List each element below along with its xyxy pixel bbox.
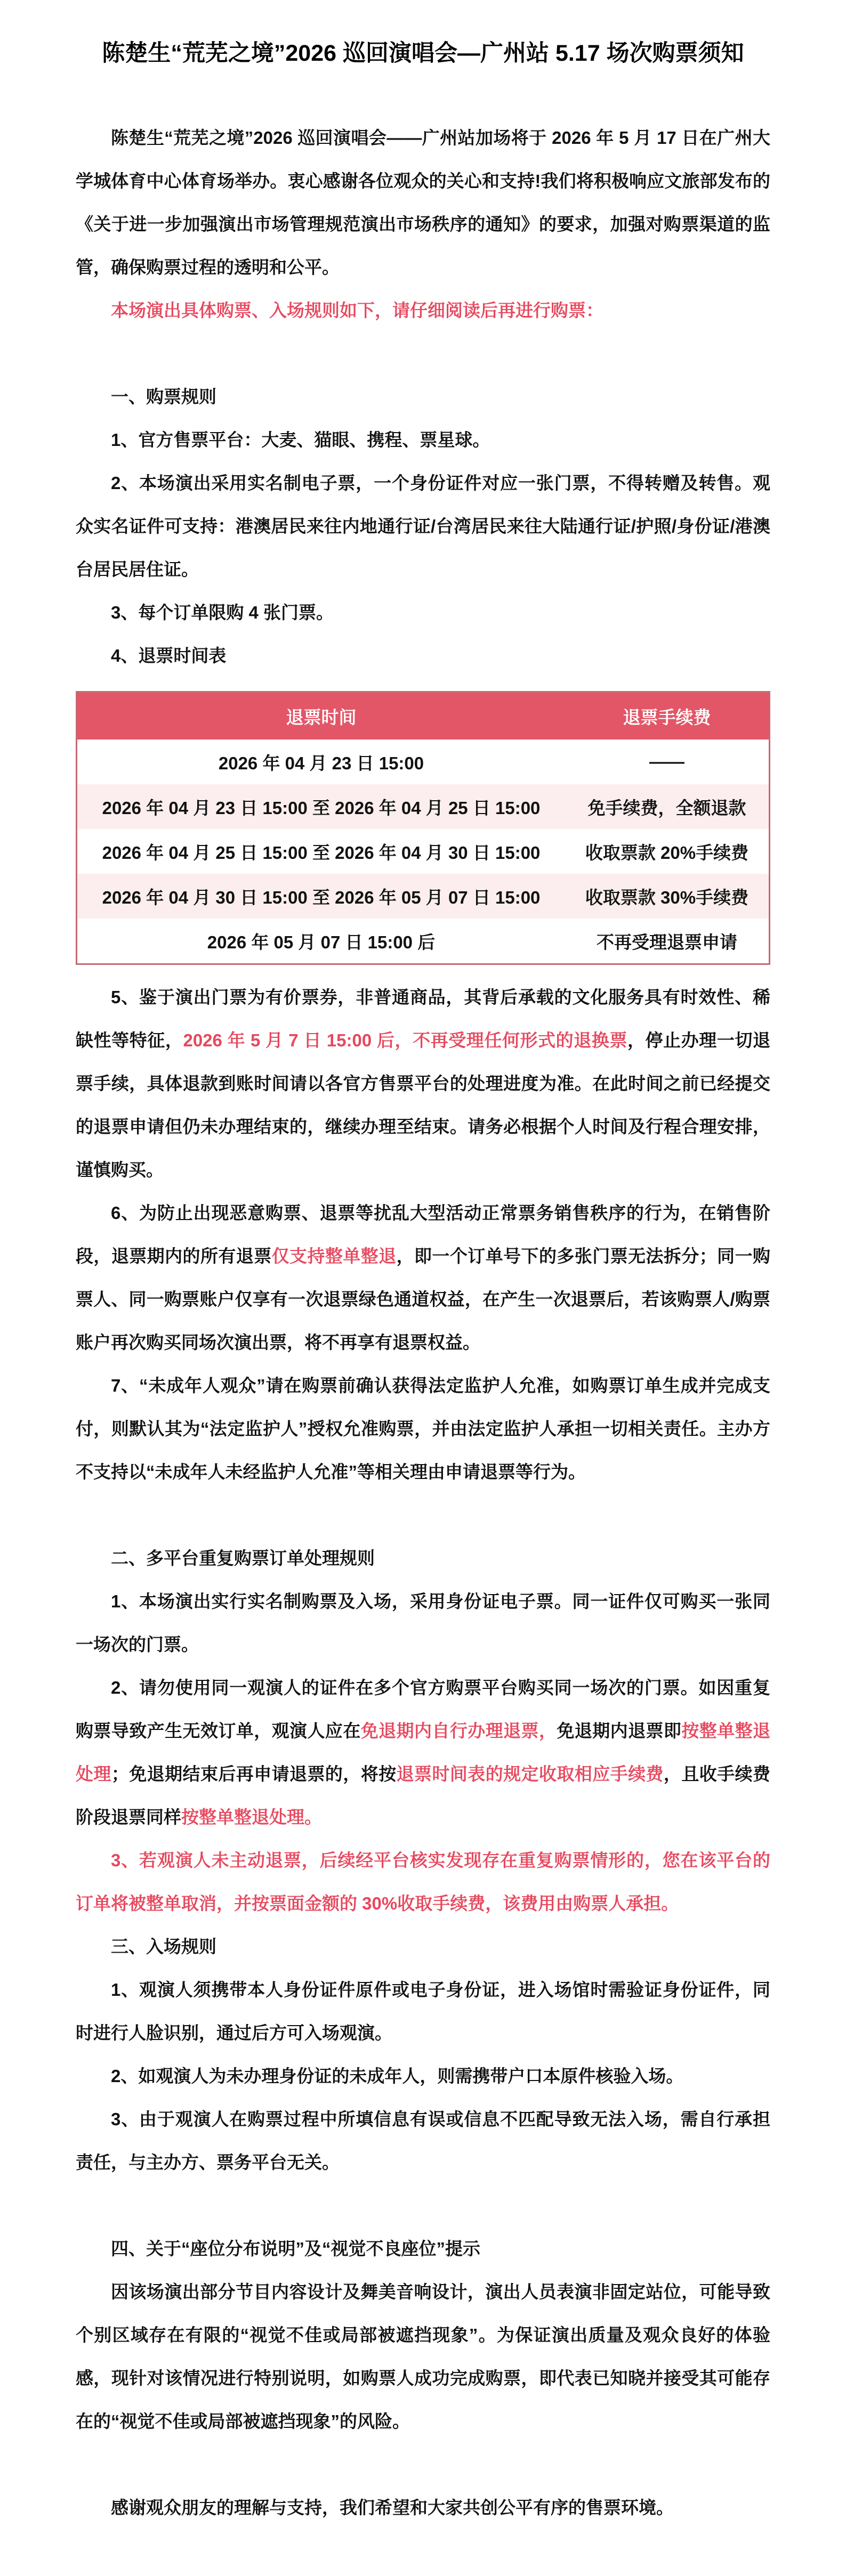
table-cell: —— xyxy=(565,740,770,784)
spacer xyxy=(76,2184,770,2227)
paragraph: 3、由于观演人在购票过程中所填信息有误或信息不匹配导致无法入场，需自行承担责任，… xyxy=(76,2098,770,2184)
table-cell: 不再受理退票申请 xyxy=(565,919,770,964)
paragraph: 1、官方售票平台：大麦、猫眼、携程、票星球。 xyxy=(76,418,770,461)
text-run: 二、多平台重复购票订单处理规则 xyxy=(111,1548,375,1568)
highlight-text: 退票时间表的规定收取相应手续费 xyxy=(397,1764,664,1784)
table-row: 2026 年 04 月 30 日 15:00 至 2026 年 05 月 07 … xyxy=(77,874,770,919)
document-page: 陈楚生“荒芜之境”2026 巡回演唱会—广州站 5.17 场次购票须知 陈楚生“… xyxy=(0,0,846,2576)
table-cell: 2026 年 04 月 25 日 15:00 至 2026 年 04 月 30 … xyxy=(77,829,566,874)
text-run: 2、如观演人为未办理身份证的未成年人，则需携带户口本原件核验入场。 xyxy=(111,2066,683,2086)
paragraph: 6、为防止出现恶意购票、退票等扰乱大型活动正常票务销售秩序的行为，在销售阶段，退… xyxy=(76,1191,770,1364)
table-cell: 收取票款 20%手续费 xyxy=(565,829,770,874)
paragraph: 1、观演人须携带本人身份证件原件或电子身份证，进入场馆时需验证身份证件，同时进行… xyxy=(76,1968,770,2054)
document-body: 陈楚生“荒芜之境”2026 巡回演唱会——广州站加场将于 2026 年 5 月 … xyxy=(76,116,770,2529)
section-heading: 一、购票规则 xyxy=(76,375,770,418)
paragraph: 4、退票时间表 xyxy=(76,634,770,677)
table-cell: 2026 年 04 月 23 日 15:00 至 2026 年 04 月 25 … xyxy=(77,784,566,829)
text-run: 4、退票时间表 xyxy=(111,646,226,665)
table-cell: 2026 年 04 月 23 日 15:00 xyxy=(77,740,566,784)
table-row: 2026 年 04 月 23 日 15:00 至 2026 年 04 月 25 … xyxy=(77,784,770,829)
paragraph: 陈楚生“荒芜之境”2026 巡回演唱会——广州站加场将于 2026 年 5 月 … xyxy=(76,116,770,289)
text-run: 7、“未成年人观众”请在购票前确认获得法定监护人允准，如购票订单生成并完成支付，… xyxy=(76,1376,770,1482)
section-heading: 三、入场规则 xyxy=(76,1925,770,1968)
highlight-text: 本场演出具体购票、入场规则如下，请仔细阅读后再进行购票： xyxy=(111,300,603,320)
paragraph: 2、请勿使用同一观演人的证件在多个官方购票平台购买同一场次的门票。如因重复购票导… xyxy=(76,1666,770,1839)
text-run: ，停止办理一切退票手续，具体退款到账时间请以各官方售票平台的处理进度为准。在此时… xyxy=(76,1030,770,1180)
text-run: 感谢观众朋友的理解与支持，我们希望和大家共创公平有序的售票环境。 xyxy=(111,2498,674,2517)
text-run: 因该场演出部分节目内容设计及舞美音响设计，演出人员表演非固定站位，可能导致个别区… xyxy=(76,2282,770,2431)
table-header-row: 退票时间退票手续费 xyxy=(77,692,770,740)
text-run: ；免退期结束后再申请退票的，将按 xyxy=(111,1764,397,1784)
paragraph: 2、如观演人为未办理身份证的未成年人，则需携带户口本原件核验入场。 xyxy=(76,2054,770,2098)
table-row: 2026 年 04 月 23 日 15:00—— xyxy=(77,740,770,784)
paragraph: 3、每个订单限购 4 张门票。 xyxy=(76,591,770,634)
paragraph: 1、本场演出实行实名制购票及入场，采用身份证电子票。同一证件仅可购买一张同一场次… xyxy=(76,1580,770,1666)
text-run: 三、入场规则 xyxy=(111,1937,216,1956)
text-run: 2、本场演出采用实名制电子票，一个身份证件对应一张门票，不得转赠及转售。观众实名… xyxy=(76,473,770,579)
table-row: 2026 年 04 月 25 日 15:00 至 2026 年 04 月 30 … xyxy=(77,829,770,874)
table-header-cell: 退票手续费 xyxy=(565,692,770,740)
paragraph: 2、本场演出采用实名制电子票，一个身份证件对应一张门票，不得转赠及转售。观众实名… xyxy=(76,461,770,591)
spacer xyxy=(76,2443,770,2486)
table-cell: 2026 年 05 月 07 日 15:00 后 xyxy=(77,919,566,964)
table-cell: 收取票款 30%手续费 xyxy=(565,874,770,919)
text-run: 陈楚生“荒芜之境”2026 巡回演唱会——广州站加场将于 2026 年 5 月 … xyxy=(76,128,770,277)
paragraph: 7、“未成年人观众”请在购票前确认获得法定监护人允准，如购票订单生成并完成支付，… xyxy=(76,1364,770,1493)
paragraph: 3、若观演人未主动退票，后续经平台核实发现存在重复购票情形的，您在该平台的订单将… xyxy=(76,1839,770,1925)
refund-schedule-table: 退票时间退票手续费2026 年 04 月 23 日 15:00——2026 年 … xyxy=(76,691,770,965)
table-cell: 2026 年 04 月 30 日 15:00 至 2026 年 05 月 07 … xyxy=(77,874,566,919)
table-cell: 免手续费，全额退款 xyxy=(565,784,770,829)
text-run: 1、官方售票平台：大麦、猫眼、携程、票星球。 xyxy=(111,430,490,450)
paragraph: 因该场演出部分节目内容设计及舞美音响设计，演出人员表演非固定站位，可能导致个别区… xyxy=(76,2270,770,2443)
highlight-text: 2026 年 5 月 7 日 15:00 后，不再受理任何形式的退换票 xyxy=(183,1030,627,1050)
paragraph: 感谢观众朋友的理解与支持，我们希望和大家共创公平有序的售票环境。 xyxy=(76,2486,770,2529)
highlight-text: 仅支持整单整退 xyxy=(272,1246,397,1266)
section-heading: 二、多平台重复购票订单处理规则 xyxy=(76,1537,770,1580)
text-run: 一、购票规则 xyxy=(111,387,216,407)
table-header-cell: 退票时间 xyxy=(77,692,566,740)
text-run: 免退期内退票即 xyxy=(557,1721,681,1741)
spacer xyxy=(76,1493,770,1537)
text-run: 1、观演人须携带本人身份证件原件或电子身份证，进入场馆时需验证身份证件，同时进行… xyxy=(76,1980,770,2043)
text-run: 四、关于“座位分布说明”及“视觉不良座位”提示 xyxy=(111,2239,480,2258)
page-title: 陈楚生“荒芜之境”2026 巡回演唱会—广州站 5.17 场次购票须知 xyxy=(76,37,770,69)
paragraph: 本场演出具体购票、入场规则如下，请仔细阅读后再进行购票： xyxy=(76,289,770,332)
section-heading: 四、关于“座位分布说明”及“视觉不良座位”提示 xyxy=(76,2227,770,2270)
text-run: 1、本场演出实行实名制购票及入场，采用身份证电子票。同一证件仅可购买一张同一场次… xyxy=(76,1591,770,1654)
spacer xyxy=(76,332,770,375)
paragraph: 5、鉴于演出门票为有价票券，非普通商品，其背后承载的文化服务具有时效性、稀缺性等… xyxy=(76,976,770,1191)
highlight-text: 3、若观演人未主动退票，后续经平台核实发现存在重复购票情形的，您在该平台的订单将… xyxy=(76,1850,770,1913)
table-row: 2026 年 05 月 07 日 15:00 后不再受理退票申请 xyxy=(77,919,770,964)
text-run: 3、由于观演人在购票过程中所填信息有误或信息不匹配导致无法入场，需自行承担责任，… xyxy=(76,2109,770,2172)
text-run: 3、每个订单限购 4 张门票。 xyxy=(111,603,334,622)
highlight-text: 按整单整退处理。 xyxy=(181,1807,322,1827)
highlight-text: 免退期内自行办理退票， xyxy=(361,1721,557,1741)
